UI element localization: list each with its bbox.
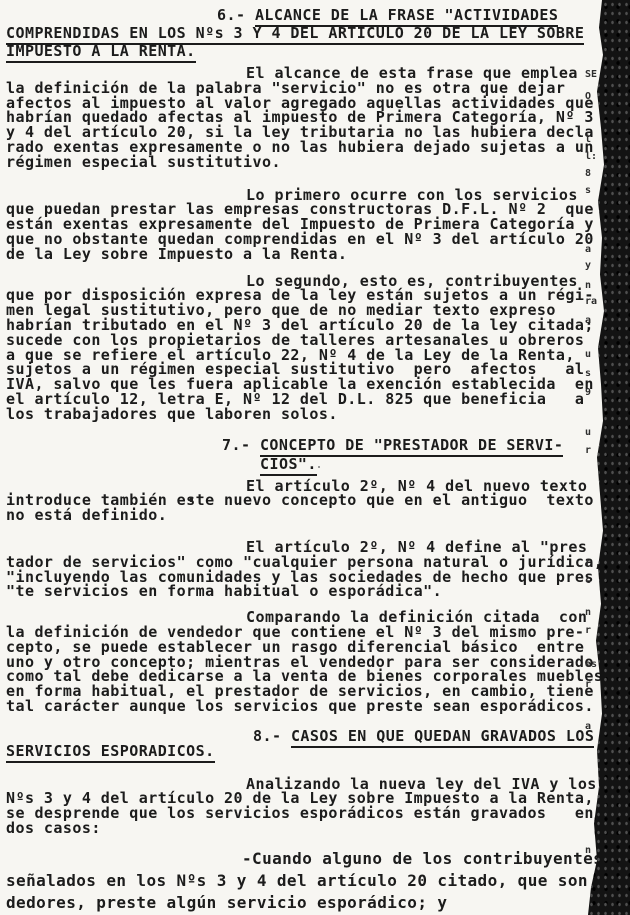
bleed-fragment: c xyxy=(585,576,591,586)
text-line: tal carácter aunque los servicios que pr… xyxy=(6,699,630,714)
bleed-fragment: s xyxy=(585,186,591,196)
section-7-title-end: CIOS". xyxy=(260,455,317,476)
section-6-heading-line-1: 6.- ALCANCE DE LA FRASE "ACTIVIDADES xyxy=(6,6,630,24)
bleed-fragment: l xyxy=(585,135,591,145)
scan-speck xyxy=(318,466,320,468)
bleed-fragment: 8 xyxy=(585,169,591,179)
bleed-fragment: r xyxy=(585,680,591,690)
section-8-title-end: SERVICIOS ESPORADICOS. xyxy=(6,742,215,763)
bleed-fragment: 9 xyxy=(585,388,591,398)
bleed-fragment: es xyxy=(585,660,597,670)
bleed-fragment: r xyxy=(585,626,591,636)
section-6-heading-line-2: COMPRENDIDAS EN LOS Nºs 3 Y 4 DEL ARTICU… xyxy=(6,24,630,42)
text-line: régimen especial sustitutivo. xyxy=(6,155,630,170)
text-line: de la Ley sobre Impuesto a la Renta. xyxy=(6,247,630,262)
bleed-fragment: a xyxy=(585,316,591,326)
paragraph-8: -Cuando alguno de los contribuyentesseña… xyxy=(6,848,630,914)
bleed-fragment: r xyxy=(585,446,591,456)
paragraph-5: El artículo 2º, Nº 4 define al "prestado… xyxy=(6,540,630,599)
bleed-fragment: n xyxy=(585,846,591,856)
section-7-number: 7.- xyxy=(222,436,260,454)
bleed-fragment: ra xyxy=(585,297,597,307)
bleed-fragment: r xyxy=(585,558,591,568)
paragraph-6: Comparando la definición citada conla de… xyxy=(6,610,630,714)
section-7-heading-line-1: 7.- CONCEPTO DE "PRESTADOR DE SERVI- xyxy=(6,436,630,455)
bleed-fragment: n xyxy=(585,281,591,291)
section-8-number: 8.- xyxy=(253,727,291,745)
bleed-fragment: y xyxy=(585,261,591,271)
bleed-fragment: u xyxy=(585,350,591,360)
section-6-heading: 6.- ALCANCE DE LA FRASE "ACTIVIDADES COM… xyxy=(6,6,630,60)
text-line: dos casos: xyxy=(6,821,630,836)
bleed-fragment: SE xyxy=(585,70,597,80)
paragraph-4: El artículo 2º, Nº 4 del nuevo textointr… xyxy=(6,479,630,523)
bleed-fragment: s xyxy=(585,369,591,379)
section-6-title-end: IMPUESTO A LA RENTA. xyxy=(6,42,196,63)
scan-speck xyxy=(190,497,193,502)
section-7-heading-line-2: CIOS". xyxy=(6,455,630,474)
scanned-page: 6.- ALCANCE DE LA FRASE "ACTIVIDADES COM… xyxy=(0,0,630,915)
bleed-fragment: n xyxy=(585,608,591,618)
paragraph-3: Lo segundo, esto es, contribuyentesque p… xyxy=(6,274,630,422)
text-line: dedores, preste algún servicio esporádic… xyxy=(6,892,630,914)
text-line: "te servicios en forma habitual o esporá… xyxy=(6,584,630,599)
paragraph-7: Analizando la nueva ley del IVA y losNºs… xyxy=(6,777,630,836)
text-line: no está definido. xyxy=(6,508,630,523)
bleed-fragment: l: xyxy=(585,152,597,162)
bleed-fragment: u xyxy=(585,428,591,438)
bleed-fragment: a xyxy=(585,245,591,255)
bleed-fragment: O xyxy=(585,92,591,102)
bleed-fragment: a xyxy=(585,722,591,732)
paragraph-1: El alcance de esta frase que empleala de… xyxy=(6,66,630,170)
text-line: -Cuando alguno de los contribuyentes xyxy=(6,848,630,870)
section-7-title: CONCEPTO DE "PRESTADOR DE SERVI- xyxy=(260,436,563,457)
text-line: los trabajadores que laboren solos. xyxy=(6,407,630,422)
paragraph-2: Lo primero ocurre con los serviciosque p… xyxy=(6,188,630,262)
section-8-title: CASOS EN QUE QUEDAN GRAVADOS LOS xyxy=(291,727,594,748)
section-6-number: 6.- xyxy=(217,6,255,24)
text-line: señalados en los Nºs 3 y 4 del artículo … xyxy=(6,870,630,892)
section-8-heading: 8.- CASOS EN QUE QUEDAN GRAVADOS LOS SER… xyxy=(6,729,630,759)
